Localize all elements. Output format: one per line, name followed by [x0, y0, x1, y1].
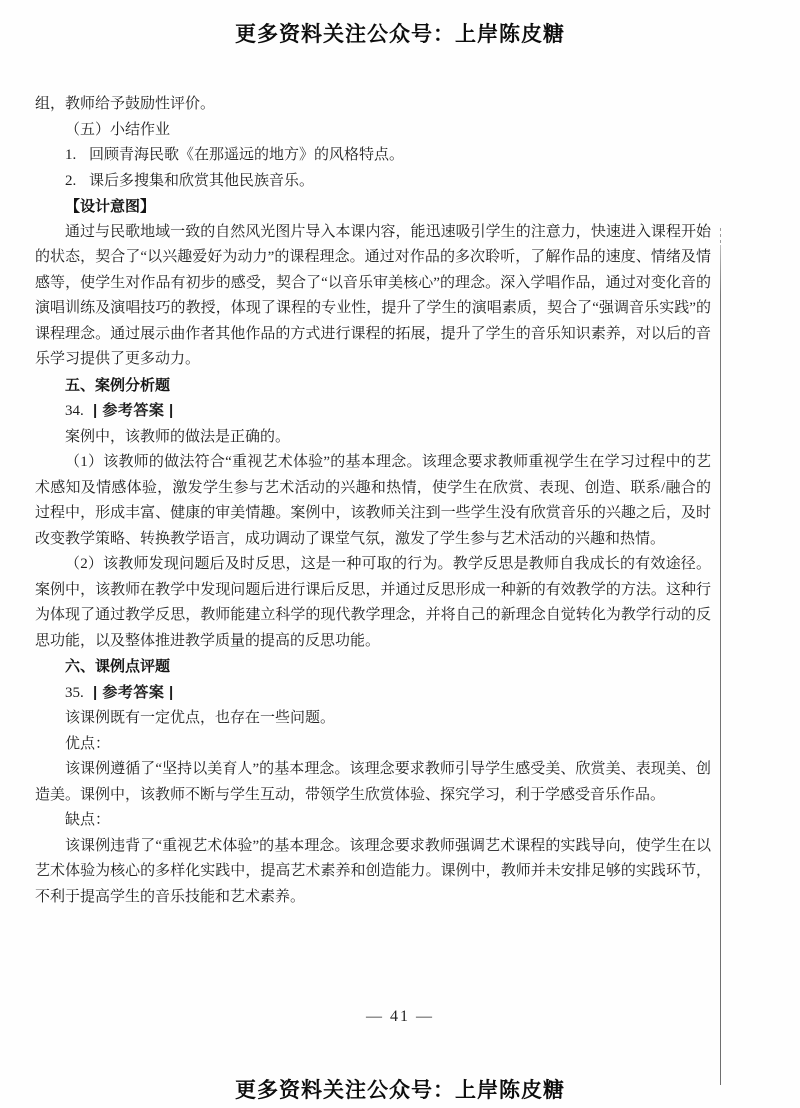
answer-line-34: 34.| 参考答案 |: [35, 398, 711, 425]
design-intent-paragraph: 通过与民歌地域一致的自然风光图片导入本课内容，能迅速吸引学生的注意力，快速进入课…: [35, 220, 711, 373]
section-heading-lesson-review: 六、课例点评题: [35, 654, 711, 680]
section-heading-case-analysis: 五、案例分析题: [35, 373, 711, 399]
list-item-text: 课后多搜集和欣赏其他民族音乐。: [89, 173, 314, 189]
header-banner: 更多资料关注公众号：上岸陈皮糖: [0, 18, 800, 48]
question-number: 34.: [65, 399, 89, 425]
case-point-1: （1）该教师的做法符合“重视艺术体验”的基本理念。该理念要求教师重视学生在学习过…: [35, 450, 711, 552]
list-number: 1.: [65, 143, 89, 169]
list-item-text: 回顾青海民歌《在那遥远的地方》的风格特点。: [89, 147, 404, 163]
scanned-document-page: 更多资料关注公众号：上岸陈皮糖 组，教师给予鼓励性评价。 （五）小结作业 1.回…: [0, 0, 800, 1108]
summary-list-item-2: 2.课后多搜集和欣赏其他民族音乐。: [35, 169, 711, 195]
review-verdict: 该课例既有一定优点，也存在一些问题。: [35, 706, 711, 732]
list-number: 2.: [65, 169, 89, 195]
scan-artifact-dashes: [720, 228, 721, 246]
continuation-line: 组，教师给予鼓励性评价。: [35, 92, 711, 118]
answer-line-35: 35.| 参考答案 |: [35, 680, 711, 707]
answer-label: | 参考答案 |: [93, 684, 174, 701]
answer-label: | 参考答案 |: [93, 402, 174, 419]
case-point-2: （2）该教师发现问题后及时反思，这是一种可取的行为。教学反思是教师自我成长的有效…: [35, 552, 711, 654]
cons-paragraph: 该课例违背了“重视艺术体验”的基本理念。该理念要求教师强调艺术课程的实践导向，使…: [35, 834, 711, 911]
pros-label: 优点：: [35, 732, 711, 758]
summary-list-item-1: 1.回顾青海民歌《在那遥远的地方》的风格特点。: [35, 143, 711, 169]
case-verdict: 案例中，该教师的做法是正确的。: [35, 425, 711, 451]
page-number: — 41 —: [0, 1008, 800, 1026]
design-intent-label: 【设计意图】: [35, 194, 711, 220]
cons-label: 缺点：: [35, 808, 711, 834]
scan-artifact-line: [720, 245, 721, 1085]
summary-section-heading: （五）小结作业: [35, 118, 711, 144]
document-body: 组，教师给予鼓励性评价。 （五）小结作业 1.回顾青海民歌《在那遥远的地方》的风…: [35, 92, 711, 910]
footer-banner: 更多资料关注公众号：上岸陈皮糖: [0, 1074, 800, 1104]
question-number: 35.: [65, 681, 89, 707]
pros-paragraph: 该课例遵循了“坚持以美育人”的基本理念。该理念要求教师引导学生感受美、欣赏美、表…: [35, 757, 711, 808]
